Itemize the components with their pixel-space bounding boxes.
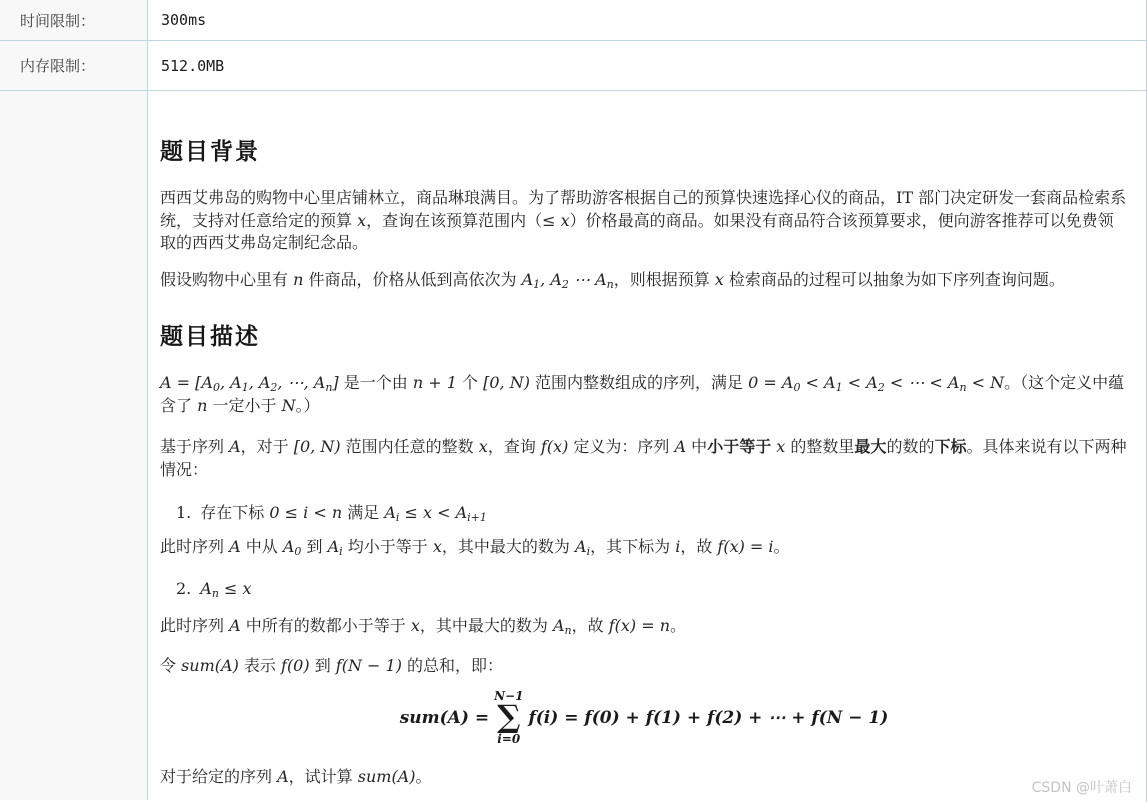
task-paragraph: 对于给定的序列 A，试计算 sum(A)。 [160,766,1128,789]
case-list-item-1: 1.存在下标 0 ≤ i < n 满足 Ai ≤ x < Ai+1 [176,502,1128,526]
sum-formula: sum(A) = N−1 ∑ i=0 f(i) = f(0) + f(1) + … [400,690,889,746]
section-heading-background: 题目背景 [160,133,1128,166]
time-limit-value: 300ms [148,0,1146,40]
sigma-with-limits: N−1 ∑ i=0 [494,690,523,746]
left-sidebar [0,91,148,800]
memory-limit-label: 内存限制： [0,41,148,90]
formula-rhs: f(i) = f(0) + f(1) + f(2) + ⋯ + f(N − 1) [528,708,888,728]
main-area: 题目背景 西西艾弗岛的购物中心里店铺林立，商品琳琅满目。为了帮助游客根据自己的预… [0,91,1146,800]
list-number: 1. [176,502,191,525]
list-item-text: An ≤ x [200,579,251,598]
problem-page: 时间限制： 300ms 内存限制： 512.0MB 题目背景 西西艾弗岛的购物中… [0,0,1147,802]
formula-lhs: sum(A) = [400,708,489,728]
sum-formula-block: sum(A) = N−1 ∑ i=0 f(i) = f(0) + f(1) + … [160,690,1128,746]
case-2-explanation: 此时序列 A 中所有的数都小于等于 x，其中最大的数为 An，故 f(x) = … [160,615,1128,639]
background-paragraph-2: 假设购物中心里有 n 件商品，价格从低到高依次为 A1, A2 ⋯ An，则根据… [160,269,1128,293]
case-list-item-2: 2.An ≤ x [176,578,1128,602]
list-item-text: 存在下标 0 ≤ i < n 满足 Ai ≤ x < Ai+1 [200,503,487,522]
memory-limit-row: 内存限制： 512.0MB [0,41,1146,91]
sigma-icon: ∑ [497,702,520,733]
time-limit-row: 时间限制： 300ms [0,0,1146,41]
section-heading-description: 题目描述 [160,318,1128,351]
problem-statement: 题目背景 西西艾弗岛的购物中心里店铺林立，商品琳琅满目。为了帮助游客根据自己的预… [148,91,1146,800]
background-paragraph-1: 西西艾弗岛的购物中心里店铺林立，商品琳琅满目。为了帮助游客根据自己的预算快速选择… [160,187,1128,255]
description-paragraph-2: 基于序列 A，对于 [0, N) 范围内任意的整数 x，查询 f(x) 定义为：… [160,436,1128,481]
sigma-lower-limit: i=0 [497,733,520,746]
case-1-explanation: 此时序列 A 中从 A0 到 Ai 均小于等于 x，其中最大的数为 Ai，其下标… [160,536,1128,560]
list-number: 2. [176,578,191,601]
sum-definition-paragraph: 令 sum(A) 表示 f(0) 到 f(N − 1) 的总和，即： [160,655,1128,678]
description-paragraph-1: A = [A0, A1, A2, ⋯, An] 是一个由 n + 1 个 [0,… [160,372,1128,418]
time-limit-label: 时间限制： [0,0,148,40]
memory-limit-value: 512.0MB [148,41,1146,90]
csdn-watermark: CSDN @叶萧白 [1032,777,1132,797]
